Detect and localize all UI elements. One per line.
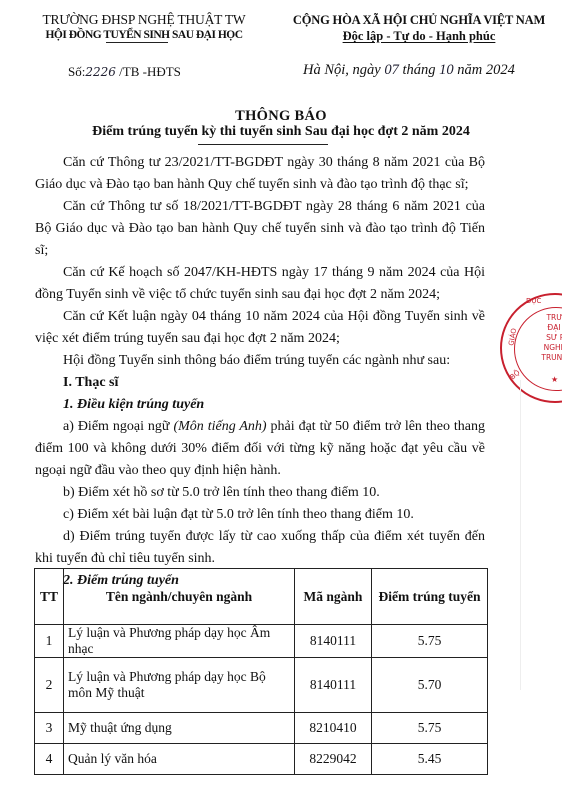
seal-center-text: TRƯỜ ĐẠI H SƯ PH NGHỆ T TRUNG L [528,313,562,363]
document-page: TRƯỜNG ĐHSP NGHỆ THUẬT TW HỘI ĐỒNG TUYỂN… [0,0,562,787]
subtitle-underline [198,144,328,145]
issuer-underline [106,42,168,43]
document-body: Căn cứ Thông tư 23/2021/TT-BGDĐT ngày 30… [35,152,485,592]
council-name: HỘI ĐỒNG TUYỂN SINH SAU ĐẠI HỌC [14,28,274,42]
header-score: Điểm trúng tuyển [372,569,488,625]
document-number: Số:2226 /TB -HĐTS [68,64,181,80]
handwritten-day: 07 [384,62,399,78]
document-subtitle: Điểm trúng tuyển kỳ thi tuyển sinh Sau đ… [0,124,562,140]
table-row: 1 Lý luận và Phương pháp dạy học Âm nhạc… [35,625,488,658]
issuer-block: TRƯỜNG ĐHSP NGHỆ THUẬT TW HỘI ĐỒNG TUYỂN… [14,12,274,43]
document-title: THÔNG BÁO [0,108,562,125]
table-row: 4 Quản lý văn hóa 8229042 5.45 [35,744,488,775]
condition-d: d) Điểm trúng tuyển được lấy từ cao xuốn… [35,526,485,570]
preamble-1: Căn cứ Thông tư 23/2021/TT-BGDĐT ngày 30… [35,152,485,196]
header-major: Tên ngành/chuyên ngành [64,569,295,625]
header-code: Mã ngành [295,569,372,625]
seal-arc-text-top: DỤC [526,297,541,305]
national-title: CỘNG HÒA XÃ HỘI CHỦ NGHĨA VIỆT NAM [284,12,554,28]
condition-b: b) Điểm xét hồ sơ từ 5.0 trở lên tính th… [35,482,485,504]
subsection-heading-conditions: 1. Điều kiện trúng tuyển [35,394,485,416]
condition-c: c) Điểm xét bài luận đạt từ 5.0 trở lên … [35,504,485,526]
scan-margin-line [520,380,521,690]
admission-scores-table: TT Tên ngành/chuyên ngành Mã ngành Điểm … [34,568,488,775]
preamble-3: Căn cứ Kế hoạch số 2047/KH-HĐTS ngày 17 … [35,262,485,306]
preamble-4: Căn cứ Kết luận ngày 04 tháng 10 năm 202… [35,306,485,350]
condition-a: a) Điểm ngoại ngữ (Môn tiếng Anh) phải đ… [35,416,485,482]
header-tt: TT [35,569,64,625]
table-row: 3 Mỹ thuật ứng dụng 8210410 5.75 [35,713,488,744]
preamble-2: Căn cứ Thông tư số 18/2021/TT-BGDĐT ngày… [35,196,485,262]
official-seal-stamp: DỤC GIÁO BỘ TRƯỜ ĐẠI H SƯ PH NGHỆ T TRUN… [500,293,562,403]
table-row: 2 Lý luận và Phương pháp dạy học Bộ môn … [35,658,488,713]
handwritten-month: 10 [439,62,454,78]
issue-date: Hà Nội, ngày 07 tháng 10 năm 2024 [303,62,515,79]
table-header-row: TT Tên ngành/chuyên ngành Mã ngành Điểm … [35,569,488,625]
motto: Độc lập - Tự do - Hạnh phúc [284,28,554,44]
school-name: TRƯỜNG ĐHSP NGHỆ THUẬT TW [14,12,274,28]
section-heading-masters: I. Thạc sĩ [35,372,485,394]
star-icon: ★ [551,375,558,384]
preamble-5: Hội đồng Tuyển sinh thông báo điểm trúng… [35,350,485,372]
handwritten-number: 2226 [85,65,116,79]
national-motto-block: CỘNG HÒA XÃ HỘI CHỦ NGHĨA VIỆT NAM Độc l… [284,12,554,44]
